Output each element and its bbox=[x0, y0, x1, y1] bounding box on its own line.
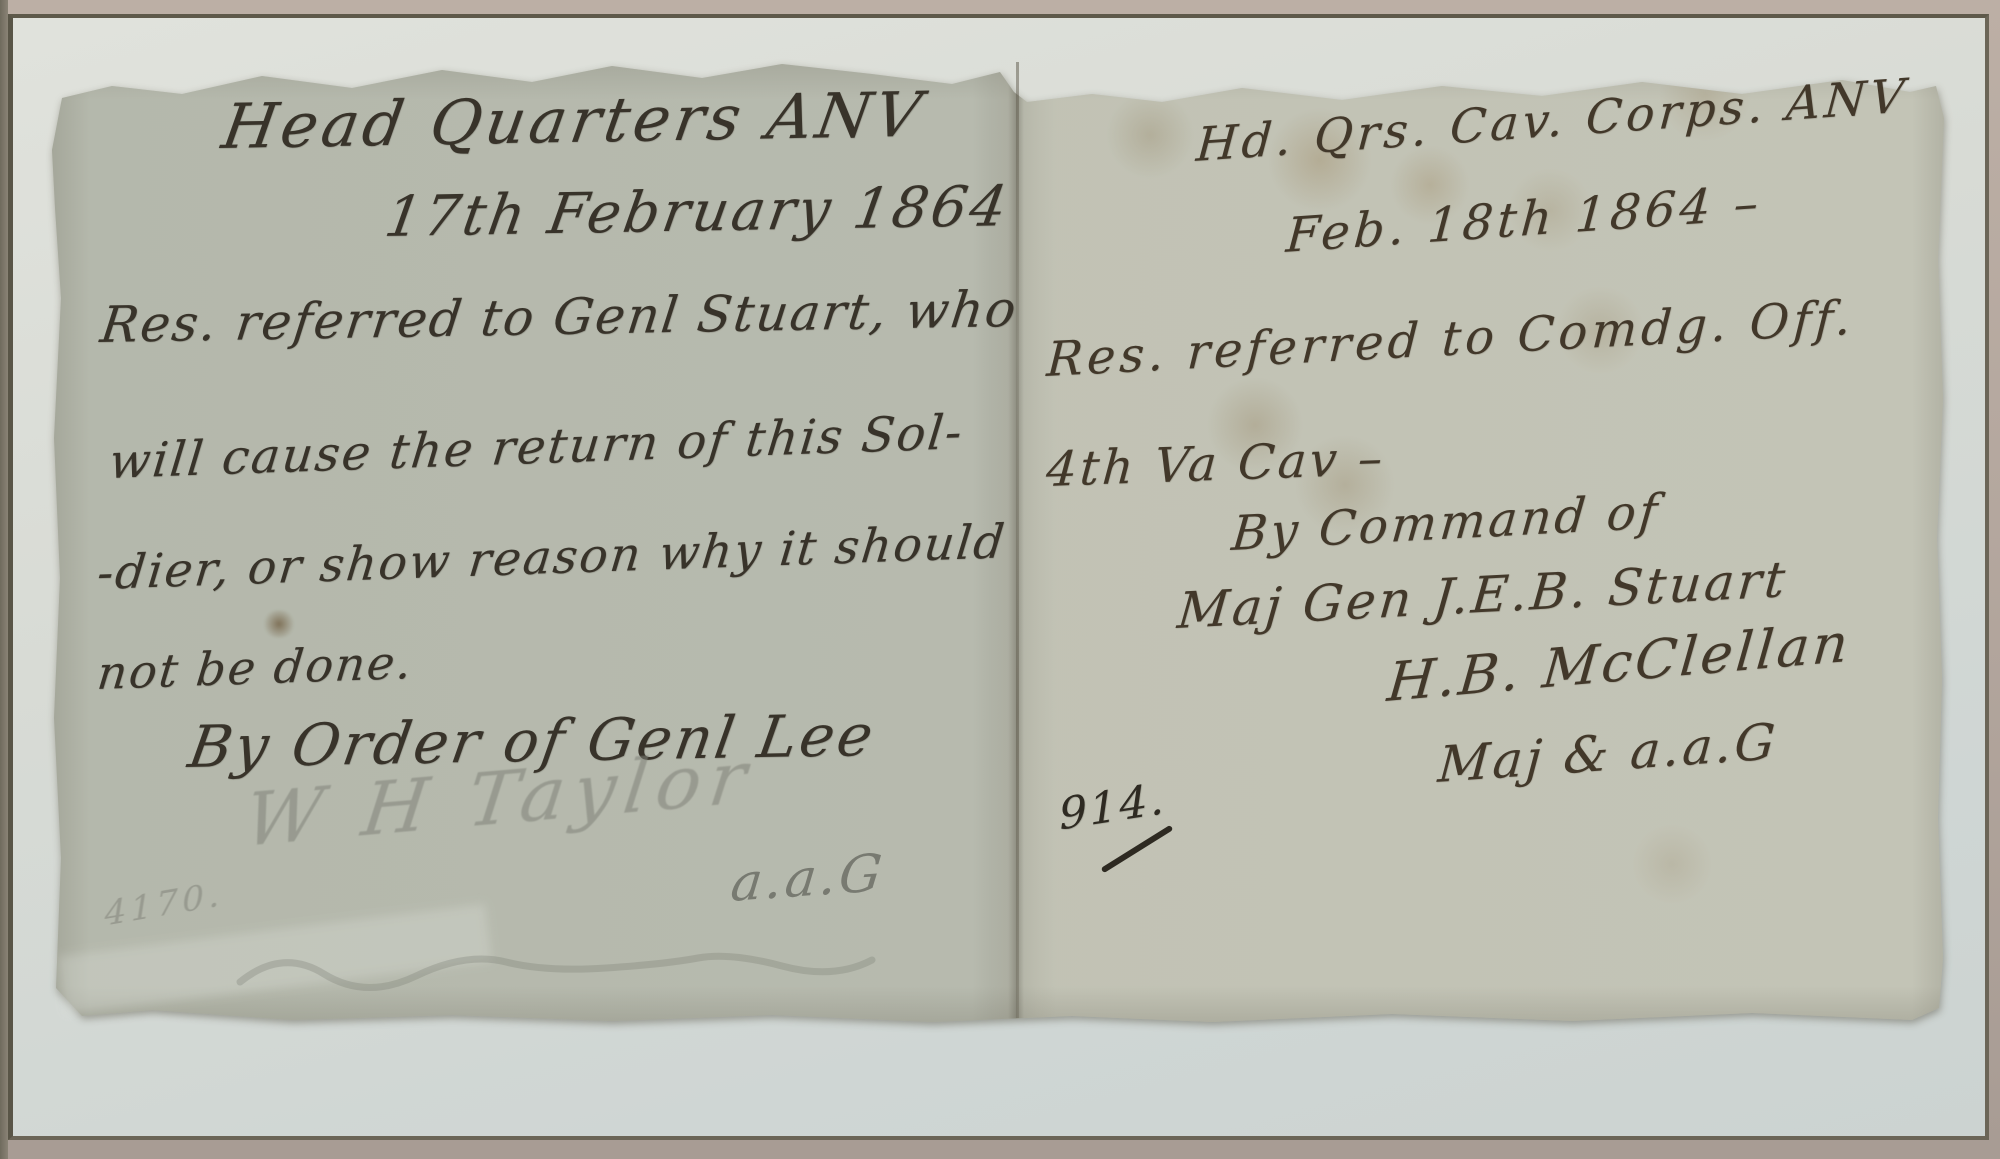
left-page-heading: Head Quarters ANV bbox=[218, 84, 929, 158]
faint-pencil-scrawl-icon bbox=[230, 920, 890, 1010]
center-fold-crease bbox=[1016, 62, 1019, 1018]
framed-document-photo: Head Quarters ANV 17th February 1864 Res… bbox=[0, 0, 2000, 1159]
ink-blot-stain bbox=[262, 610, 296, 638]
right-page-body-line-2: 4th Va Cav – bbox=[1045, 434, 1387, 494]
left-page-aag-abbreviation: a.a.G bbox=[728, 847, 887, 909]
left-page-date: 17th February 1864 bbox=[381, 179, 1013, 246]
frame-left-edge bbox=[0, 0, 8, 1159]
left-page-body-line-1: Res. referred to Genl Stuart, who bbox=[98, 284, 1021, 350]
left-page-body-line-4: not be done. bbox=[95, 639, 416, 696]
